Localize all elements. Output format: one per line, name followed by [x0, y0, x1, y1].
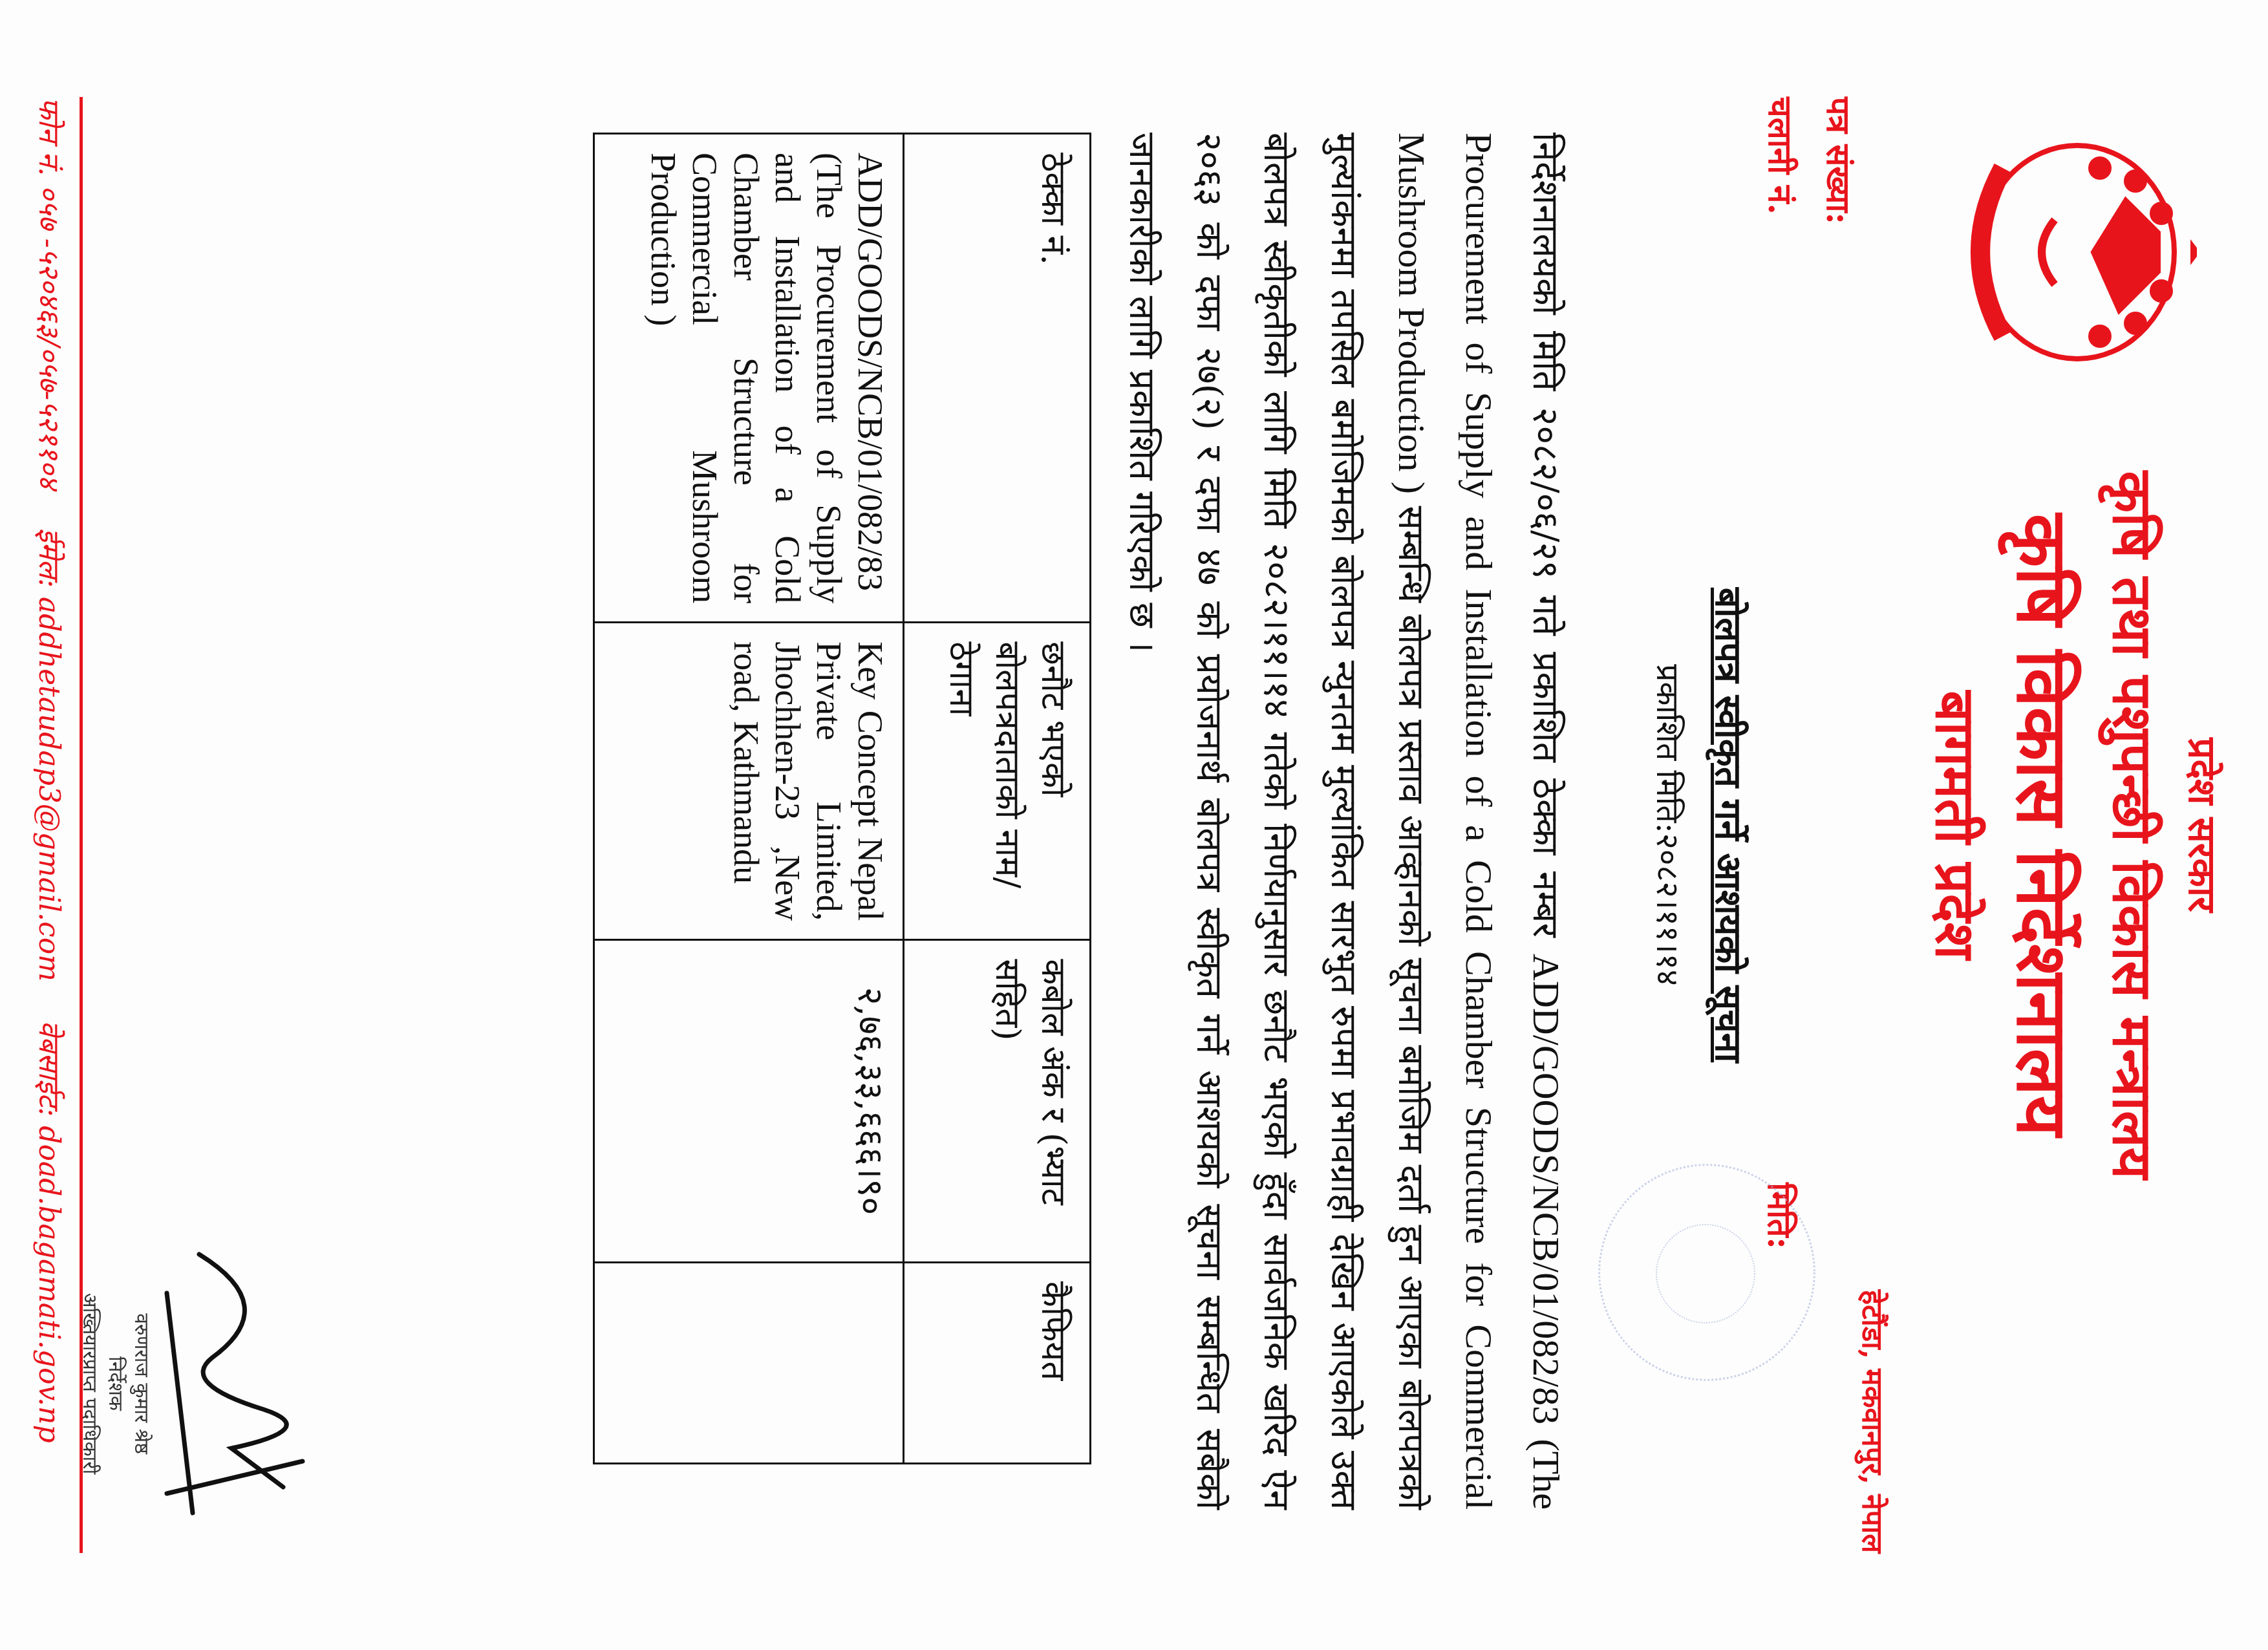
office-address: हेटौंडा, मकवानपुर, नेपाल	[1854, 1290, 1893, 1553]
header-amount: कबोल अंक र (भ्याट सहित)	[904, 940, 1091, 1263]
footer-website-label: वेबसाईट:	[32, 1020, 65, 1117]
signatory-designation: निर्देशक	[102, 1261, 128, 1506]
header-bidder: छनौट भएको बोलपत्रदाताको नाम/ठेगाना	[904, 623, 1091, 940]
footer-website-group: वेबसाईट: doad.bagamati.gov.np	[31, 1020, 70, 1443]
footer-email-label: ईमेल:	[32, 528, 65, 588]
table-row: ADD/GOODS/NCB/01/082/83 (The Procurement…	[594, 134, 904, 1464]
footer-phone: फोन नं. ०५७ -५२०४६३/०५७-५२११०४	[31, 97, 70, 489]
letter-no-label: पत्र संख्या:	[1809, 97, 1867, 224]
signatory-name: वरुणराज कुमार श्रेष्ठ	[128, 1261, 154, 1506]
header-contract-no: ठेक्का नं.	[904, 134, 1091, 623]
cell-contract-no: ADD/GOODS/NCB/01/082/83 (The Procurement…	[594, 134, 904, 623]
award-table: ठेक्का नं. छनौट भएको बोलपत्रदाताको नाम/ठ…	[593, 133, 1091, 1464]
cell-remarks	[594, 1262, 904, 1463]
government-name: प्रदेश सरकार	[2178, 0, 2229, 1650]
letterhead: प्रदेश सरकार कृषि तथा पशुपन्छी विकास मन्…	[1920, 0, 2229, 1650]
notice-body-part2: सम्बन्धि बोलपत्र प्रस्ताव आव्हानको सूचना…	[1122, 133, 1432, 1510]
signature-icon	[128, 1216, 361, 1552]
cell-bidder: Key Concept Nepal Private Limited, Jhoch…	[594, 623, 904, 940]
footer: फोन नं. ०५७ -५२०४६३/०५७-५२११०४ ईमेल: add…	[31, 97, 70, 1553]
letter-meta: पत्र संख्या: चलानी नं.	[1751, 97, 1867, 224]
notice-title: बोलपत्र स्वीकृत गर्ने आशयको सूचना	[1705, 0, 1754, 1650]
notice-body: निर्देशनालयको मिति २०८२/०६/२९ गते प्रकाश…	[1109, 133, 1579, 1510]
ministry-name: कृषि तथा पशुपन्छी विकास मन्त्रालय	[2097, 0, 2172, 1650]
footer-email-group: ईमेल: addhetaudap3@gmail.com	[31, 528, 70, 981]
footer-email-link[interactable]: addhetaudap3@gmail.com	[32, 597, 65, 981]
footer-divider	[80, 97, 83, 1553]
signatory: वरुणराज कुमार श्रेष्ठ निर्देशक अख्तियारप…	[76, 1261, 154, 1506]
footer-website-link[interactable]: doad.bagamati.gov.np	[32, 1126, 65, 1442]
province-name: बागमती प्रदेश	[1920, 0, 1995, 1650]
document-page: प्रदेश सरकार कृषि तथा पशुपन्छी विकास मन्…	[0, 0, 2268, 1650]
published-date: प्रकाशित मिति:२०८२।११।१४	[1647, 0, 1689, 1650]
cell-amount: २,७६,३३,६६६।९०	[594, 940, 904, 1263]
dispatch-no-label: चलानी नं.	[1751, 97, 1809, 224]
table-header-row: ठेक्का नं. छनौट भएको बोलपत्रदाताको नाम/ठ…	[904, 134, 1091, 1464]
header-remarks: कैफियत	[904, 1262, 1091, 1463]
notice-body-part1: निर्देशनालयको मिति २०८२/०६/२९ गते प्रकाश…	[1525, 133, 1567, 954]
department-name: कृषि विकास निर्देशनालय	[1997, 0, 2092, 1650]
